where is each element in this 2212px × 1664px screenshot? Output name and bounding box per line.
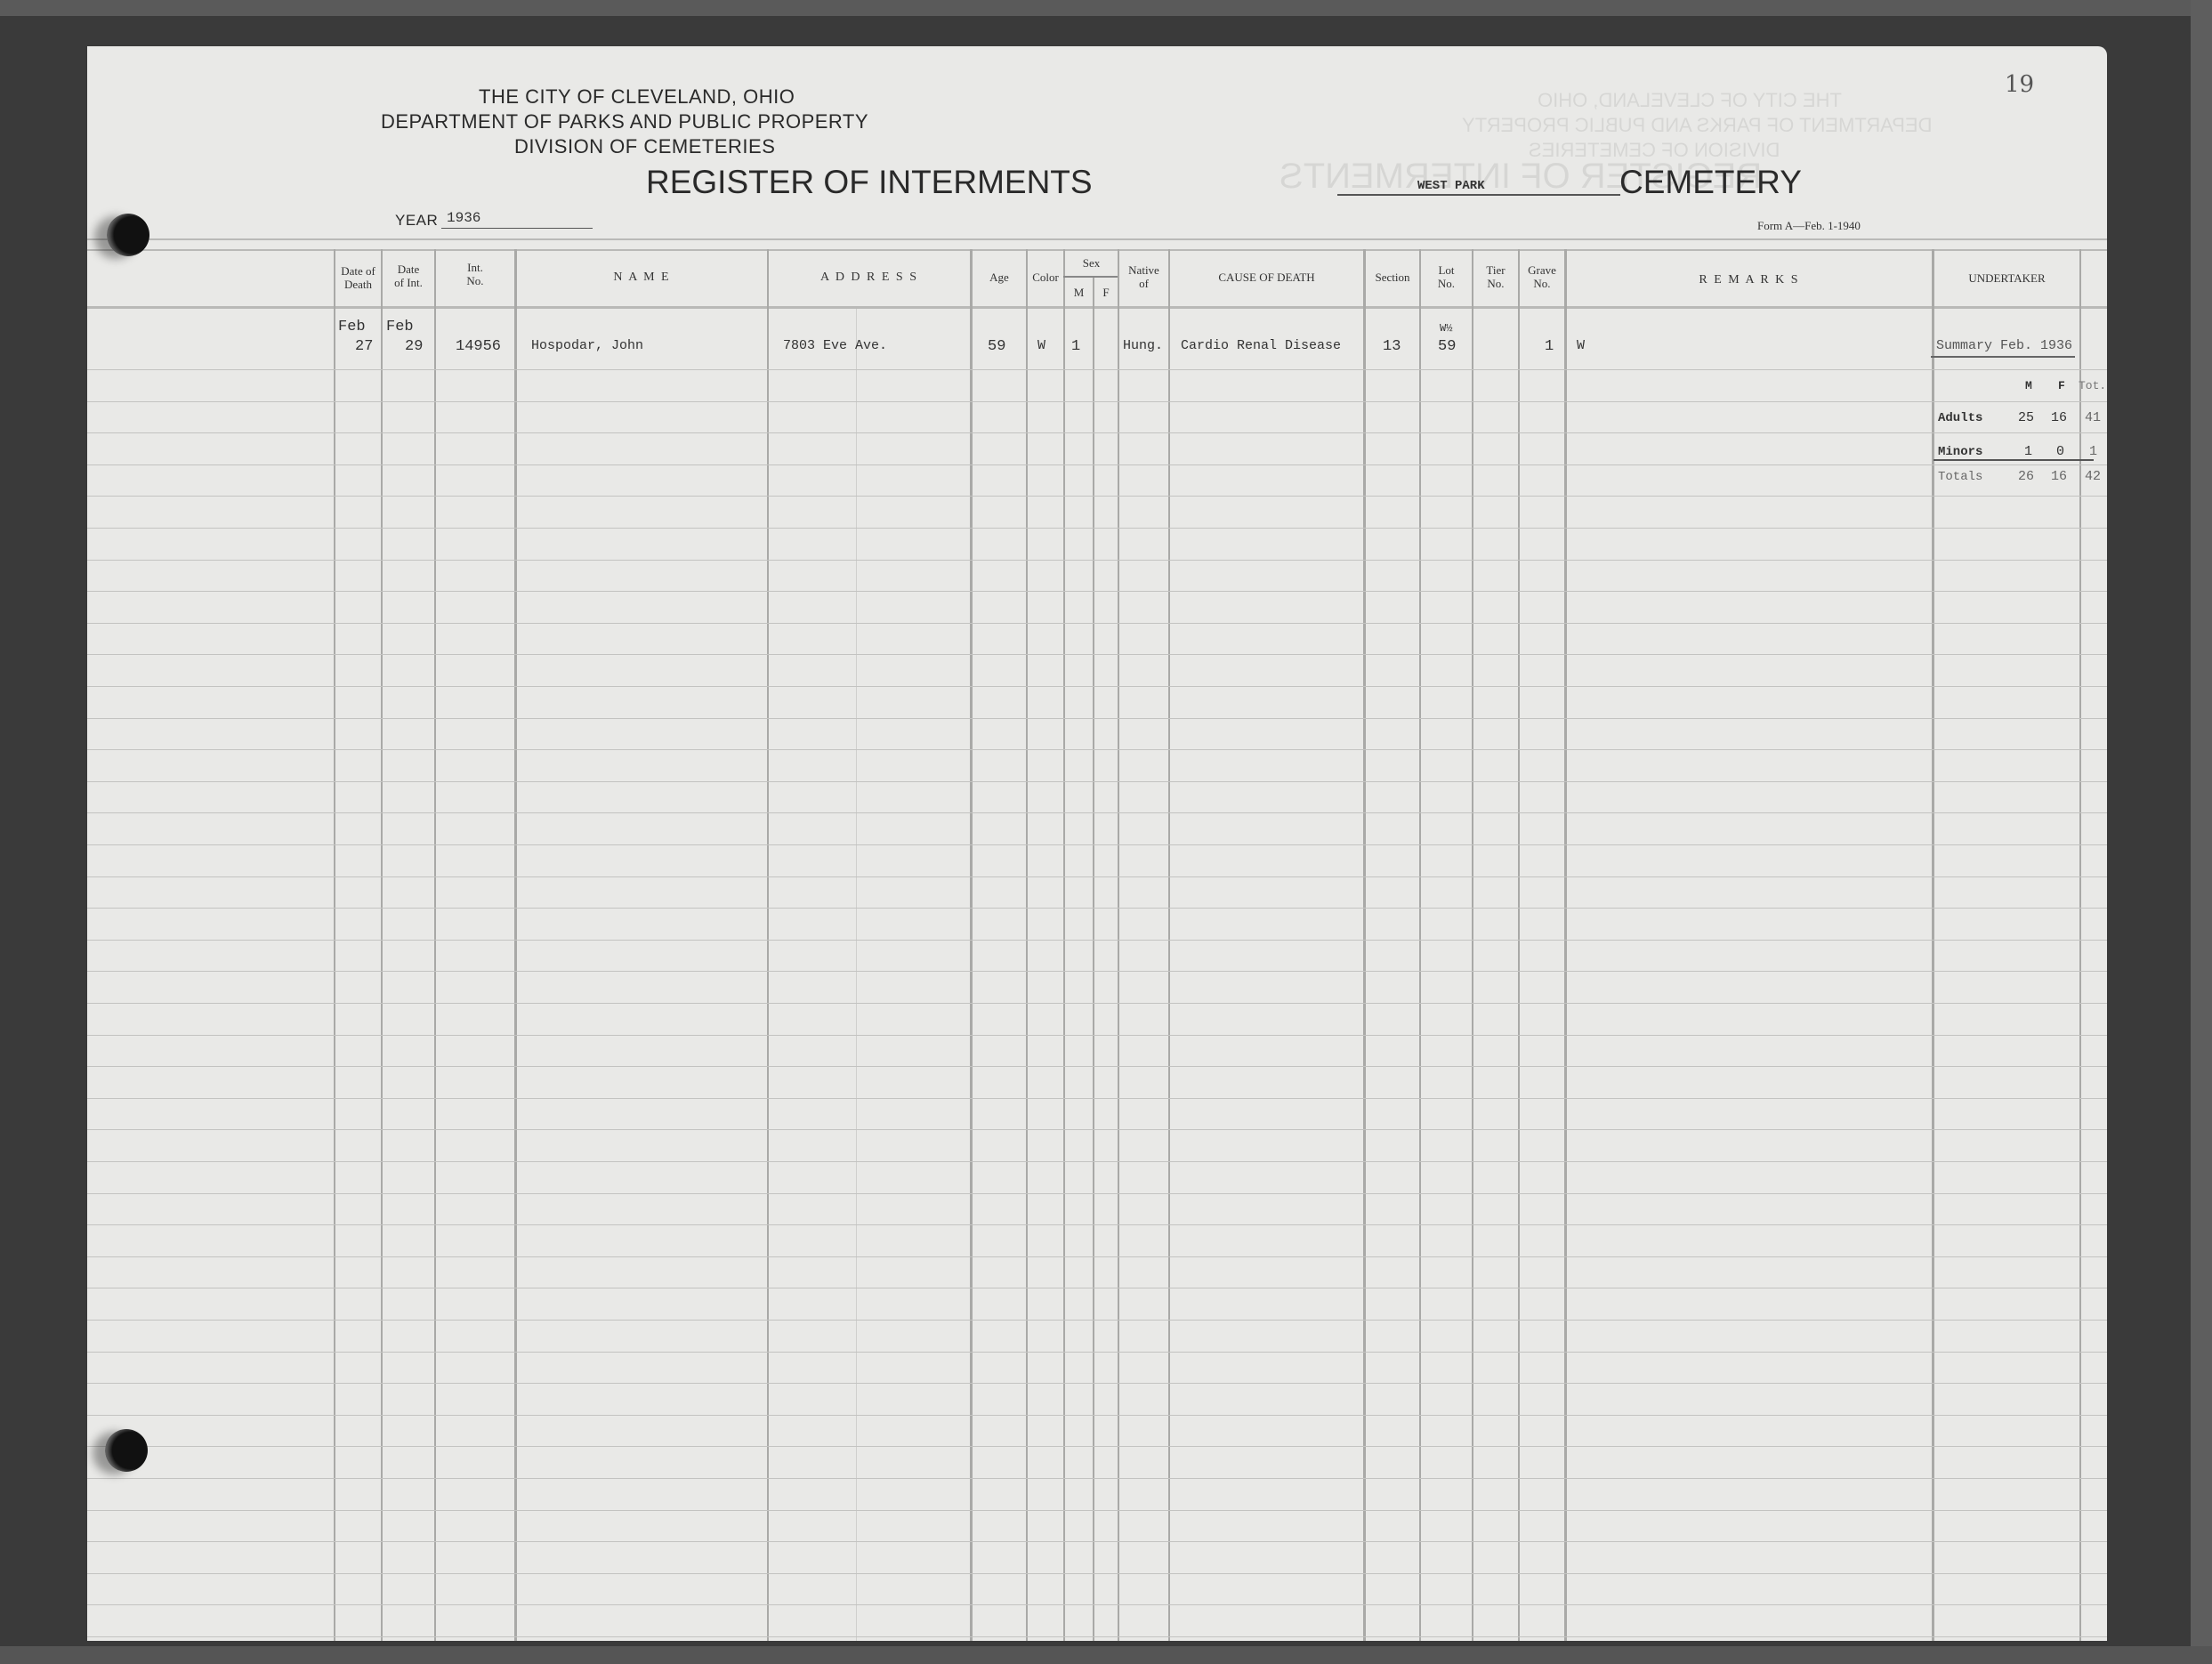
header-native-of: Native of <box>1119 249 1168 304</box>
row-rule <box>87 1320 2107 1321</box>
summary-totals-tot: 42 <box>2085 469 2101 484</box>
row-rule <box>87 940 2107 941</box>
header-color: Color <box>1028 249 1063 304</box>
bleed-through-header-2: DEPARTMENT OF PARKS AND PUBLIC PROPERTY <box>1462 114 1933 137</box>
row-rule <box>87 1383 2107 1384</box>
row-rule <box>87 876 2107 877</box>
header-sex-m: M <box>1065 278 1093 306</box>
entry-address: 7803 Eve Ave. <box>783 338 887 353</box>
col-line-name <box>514 249 517 1641</box>
row-rule <box>87 1193 2107 1194</box>
header-undertaker: UNDERTAKER <box>1934 249 2079 306</box>
header-tier-no: Tier No. <box>1473 249 1518 304</box>
summary-title-rule <box>1931 356 2075 358</box>
col-line-native <box>1118 249 1119 1641</box>
row-rule <box>87 1636 2107 1637</box>
row-rule <box>87 432 2107 433</box>
entry-death-month: Feb <box>338 319 366 335</box>
summary-adults-f: 16 <box>2051 410 2067 425</box>
header-section: Section <box>1366 249 1419 304</box>
col-line-sex-m <box>1063 249 1065 1641</box>
header-age: Age <box>973 249 1026 304</box>
row-rule <box>87 623 2107 624</box>
col-line-remarks <box>1564 249 1567 1641</box>
row-rule <box>87 908 2107 909</box>
row-rule <box>87 1256 2107 1257</box>
col-line-color <box>1026 249 1028 1641</box>
cemetery-name: WEST PARK <box>1417 179 1485 193</box>
entry-death-day: 27 <box>355 338 373 355</box>
summary-minors-f: 0 <box>2056 444 2064 459</box>
summary-col-f: F <box>2058 379 2065 392</box>
row-rule <box>87 1446 2107 1447</box>
entry-section: 13 <box>1383 338 1401 355</box>
header-sex: Sex <box>1065 249 1118 276</box>
cemetery-label: CEMETERY <box>1619 164 1802 201</box>
entry-lot-no: 59 <box>1438 338 1456 355</box>
col-line-date-death <box>334 249 335 1641</box>
row-rule <box>87 1478 2107 1479</box>
col-line-date-int <box>381 249 383 1641</box>
row-rule <box>87 369 2107 370</box>
col-line-tier <box>1472 249 1473 1641</box>
cemetery-name-line <box>1337 194 1620 196</box>
col-line-sex-f <box>1093 278 1094 1641</box>
col-line-undertaker-right <box>2079 249 2081 1641</box>
summary-minors-label: Minors <box>1938 445 1982 459</box>
entry-color: W <box>1037 338 1045 353</box>
row-rule <box>87 781 2107 782</box>
summary-adults-tot: 41 <box>2085 410 2101 425</box>
summary-title: Summary Feb. 1936 <box>1936 338 2072 353</box>
row-rule <box>87 464 2107 465</box>
summary-adults-m: 25 <box>2018 410 2034 425</box>
row-rule <box>87 654 2107 655</box>
summary-minors-rule <box>1933 459 2094 461</box>
col-line-address <box>767 249 769 1641</box>
row-rule <box>87 560 2107 561</box>
summary-col-tot: Tot. <box>2079 379 2106 392</box>
city-heading: THE CITY OF CLEVELAND, OHIO <box>479 85 795 109</box>
row-rule <box>87 528 2107 529</box>
row-rule <box>87 1604 2107 1605</box>
col-line-address-inner <box>856 309 857 1641</box>
col-line-grave <box>1518 249 1520 1641</box>
form-identifier: Form A—Feb. 1-1940 <box>1757 219 1861 233</box>
header-grave-no: Grave No. <box>1520 249 1564 304</box>
entry-int-month: Feb <box>386 319 414 335</box>
binder-hole-bottom <box>105 1429 148 1472</box>
entry-int-no: 14956 <box>456 338 501 355</box>
header-name: N A M E <box>517 249 767 304</box>
header-lot-no: Lot No. <box>1421 249 1472 304</box>
header-date-of-int: Date of Int. <box>383 249 434 303</box>
row-rule <box>87 496 2107 497</box>
department-heading: DEPARTMENT OF PARKS AND PUBLIC PROPERTY <box>381 110 868 133</box>
row-rule <box>87 401 2107 402</box>
col-line-int-no <box>434 249 436 1641</box>
bleed-through-header-1: THE CITY OF CLEVELAND, OHIO <box>1538 89 1842 112</box>
row-rule <box>87 1129 2107 1130</box>
row-rule <box>87 971 2107 972</box>
summary-totals-m: 26 <box>2018 469 2034 484</box>
row-rule <box>87 749 2107 750</box>
row-rule <box>87 591 2107 592</box>
year-line <box>441 228 593 229</box>
col-line-lot <box>1419 249 1421 1641</box>
table-top-rule-1 <box>87 238 2107 240</box>
row-rule <box>87 1288 2107 1288</box>
division-heading: DIVISION OF CEMETERIES <box>514 135 775 158</box>
summary-minors-m: 1 <box>2024 444 2032 459</box>
entry-remarks: W <box>1577 338 1585 353</box>
register-title: REGISTER OF INTERMENTS <box>646 164 1093 201</box>
header-int-no: Int. No. <box>436 249 514 299</box>
col-line-age <box>970 249 973 1641</box>
row-rule <box>87 1098 2107 1099</box>
col-line-cause <box>1168 249 1170 1641</box>
summary-col-m: M <box>2025 379 2032 392</box>
summary-totals-f: 16 <box>2051 469 2067 484</box>
row-rule <box>87 1224 2107 1225</box>
summary-adults-label: Adults <box>1938 411 1982 425</box>
entry-name: Hospodar, John <box>531 338 643 353</box>
entry-sex-m: 1 <box>1071 338 1080 355</box>
header-address: A D D R E S S <box>769 249 970 304</box>
entry-age: 59 <box>988 338 1005 355</box>
col-line-undertaker <box>1932 249 1934 1641</box>
row-rule <box>87 844 2107 845</box>
row-rule <box>87 1541 2107 1542</box>
header-sex-f: F <box>1094 278 1118 306</box>
summary-minors-tot: 1 <box>2089 444 2097 459</box>
row-rule <box>87 718 2107 719</box>
row-rule <box>87 1415 2107 1416</box>
entry-lot-note: W½ <box>1440 322 1452 335</box>
entry-cause-of-death: Cardio Renal Disease <box>1181 338 1341 353</box>
summary-totals-label: Totals <box>1938 470 1982 484</box>
row-rule <box>87 1352 2107 1353</box>
row-rule <box>87 812 2107 813</box>
entry-grave-no: 1 <box>1545 338 1554 355</box>
header-remarks: R E M A R K S <box>1567 249 1932 310</box>
row-rule <box>87 1161 2107 1162</box>
entry-native-of: Hung. <box>1123 338 1163 353</box>
register-page: 19 THE CITY OF CLEVELAND, OHIO DEPARTMEN… <box>87 46 2107 1641</box>
row-rule <box>87 1035 2107 1036</box>
backing-board-top-edge <box>0 0 2212 16</box>
row-rule <box>87 686 2107 687</box>
header-cause-of-death: CAUSE OF DEATH <box>1170 249 1363 304</box>
header-date-of-death: Date of Death <box>335 249 381 306</box>
backing-board-right-edge <box>2191 0 2212 1664</box>
row-rule <box>87 1510 2107 1511</box>
row-rule <box>87 1573 2107 1574</box>
row-rule <box>87 1066 2107 1067</box>
year-value: 1936 <box>447 210 480 226</box>
row-rule <box>87 1003 2107 1004</box>
backing-board-bottom-edge <box>0 1646 2212 1664</box>
entry-int-day: 29 <box>405 338 423 355</box>
page-number: 19 <box>2005 71 2034 98</box>
binder-hole-top <box>107 214 149 256</box>
year-label: YEAR <box>395 212 438 230</box>
col-line-section <box>1363 249 1366 1641</box>
